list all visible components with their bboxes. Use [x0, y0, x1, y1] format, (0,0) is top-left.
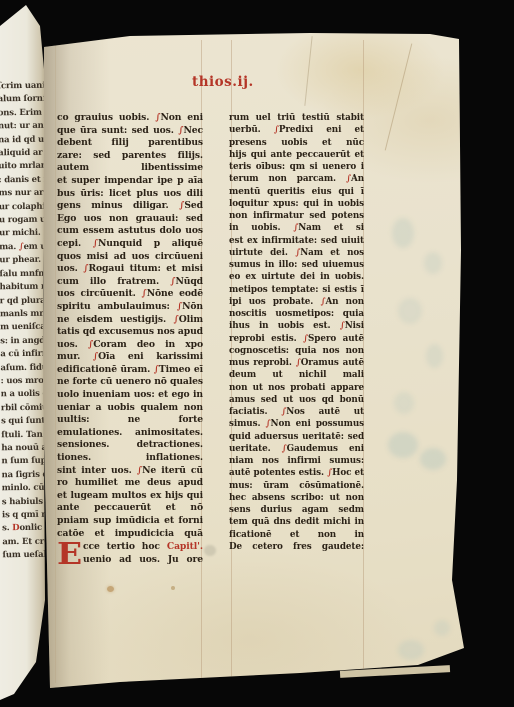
text-line: ipi uos probate. ∫An non cog: [229, 296, 364, 308]
text-line: et super impendar ipe p aīa: [57, 175, 203, 188]
text-line: cepi. ∫Nunquid p aliquē eorū: [57, 238, 203, 251]
text-line: uito mrlanis: [0, 160, 49, 174]
facing-page-text: ſcrim uanisalum ſornisons. Erim unut: ur…: [0, 80, 49, 563]
text-line: ueritate. ∫Gaudemus eni quo: [229, 443, 364, 455]
text-line: non infirmatur sed potens est: [229, 210, 364, 222]
text-line: uolo inueniam uos: et ego in: [57, 389, 203, 402]
text-line: mus: ūram cōsūmationē. ∫Ideo: [229, 480, 364, 492]
text-line: n a uolis du: [1, 388, 49, 402]
text-line: mur. ∫Oīa eni karissimi ppter: [57, 351, 203, 364]
left-text-column: co grauius uobis. ∫Non eni qaque ūra sun…: [57, 112, 203, 567]
text-line: gens minus diligar. ∫Sed esto.: [57, 200, 203, 213]
show-through-decoration: [434, 620, 450, 636]
text-line: alum ſornis: [0, 93, 49, 107]
text-line: ur phear. lib: [0, 254, 49, 268]
text-line: terum non parcam. ∫An expi: [229, 173, 364, 185]
show-through-decoration: [424, 252, 442, 274]
text-line: ms nur argd: [0, 187, 49, 201]
text-line: uos circūuenit. ∫Nōne eodē: [57, 288, 203, 301]
chapter-opening-lines: cce tertio hoc Capitl'. xiijuenio ad uos…: [83, 541, 203, 567]
text-line: cognoscetis: quia nos non su: [229, 345, 364, 357]
text-line: ons. Erim u: [0, 106, 49, 120]
text-line: spiritu ambulauimus: ∫Nōn: [57, 301, 203, 314]
text-line: amus sed ut uos qd bonū est: [229, 394, 364, 406]
text-line: ihus in uobis est. ∫Nisi forte: [229, 320, 364, 332]
stain-spot: [107, 586, 114, 592]
text-line: s habiuls p: [2, 495, 49, 509]
text-line: uirtute dei. ∫Nam et nos infirmi: [229, 247, 364, 259]
text-line: ne eisdem uestigijs. ∫Olim pu: [57, 314, 203, 327]
text-line: presens uobis et nūc absens: [229, 137, 364, 149]
text-line: reprobi estis. ∫Spero autē qd: [229, 333, 364, 345]
text-line: uultis: ne forte contentiones.: [57, 414, 203, 427]
text-line: simus. ∫Non eni possumus ali: [229, 418, 364, 430]
text-line: Ego uos non grauaui: sed: [57, 213, 203, 226]
photo-background: ſcrim uanisalum ſornisons. Erim unut: ur…: [0, 0, 514, 707]
text-line: loquitur xpus: qui in uobis: [229, 198, 364, 210]
text-line: s: in angdia: [0, 334, 48, 348]
text-line: hec absens scribo: ut non pre: [229, 492, 364, 504]
text-line: mus reprobi. ∫Oramus autē: [229, 357, 364, 369]
text-line: u rogam ur f: [0, 214, 49, 228]
text-line: sens durius agam sedm potesta: [229, 504, 364, 516]
text-line: quid aduersus ueritatē: sed p: [229, 431, 364, 443]
text-line: uos. ∫Rogaui titum: et misi: [57, 263, 203, 276]
text-line: que ūra sunt: sed uos. ∫Nec eni: [57, 125, 203, 138]
facing-page-edge: ſcrim uanisalum ſornisons. Erim unut: ur…: [0, 0, 48, 707]
text-line: is q qmī nu: [2, 509, 49, 523]
text-line: na ſigris qu: [2, 468, 49, 482]
text-line: cce tertio hoc Capitl'. xiij: [83, 541, 203, 554]
text-line: teris oībus: qm si uenero i: [229, 161, 364, 173]
text-line: ro humiliet me deus apud uos:: [57, 477, 203, 490]
show-through-decoration: [388, 432, 418, 458]
text-line: ueniar a uobis qualem non: [57, 402, 203, 415]
text-line: mentū queritis eius qui ī me: [229, 186, 364, 198]
text-line: na id qd ur: [0, 133, 49, 147]
show-through-decoration: [420, 448, 446, 470]
text-line: emulationes. animositates. dis: [57, 427, 203, 440]
text-line: nut: ur ani: [0, 120, 49, 134]
show-through-decoration: [398, 298, 422, 324]
text-line: uos. ∫Coram deo in xpo loqui: [57, 339, 203, 352]
text-line: a cū infirme: [0, 348, 48, 362]
text-line: cum essem astutus dolo uos: [57, 225, 203, 238]
text-line: sensiones. detractiones. susurra: [57, 439, 203, 452]
text-line: rum uel triū testiū stabit oīe: [229, 112, 364, 124]
text-line: ſalu mnfmi: [0, 267, 49, 281]
text-line: uenio ad uos. Ju ore duo: [83, 554, 203, 567]
text-line: s qui ſunt ſu: [1, 415, 49, 429]
stain-spot: [171, 586, 175, 590]
text-line: tatis qd excusemus nos apud: [57, 326, 203, 339]
text-line: tem quā dns dedit michi in edi: [229, 516, 364, 528]
text-line: autē potentes estis. ∫Hoc et ora: [229, 467, 364, 479]
text-line: co grauius uobis. ∫Non eni qa: [57, 112, 203, 125]
right-text-column: rum uel triū testiū stabit oīeuerbū. ∫Pr…: [229, 112, 364, 553]
text-line: m ueniſcari: [0, 321, 49, 335]
text-line: aliquid ar e: [0, 147, 49, 161]
text-line: n ſum ſuper: [1, 455, 48, 469]
show-through-decoration: [394, 392, 414, 414]
chapter-opening: Ecce tertio hoc Capitl'. xiijuenio ad uo…: [57, 541, 203, 567]
text-line: zare: sed parentes filijs. ∫Ego: [57, 150, 203, 163]
text-line: ante peccauerūt et nō egerunt: [57, 502, 203, 515]
text-line: hijs qui ante peccauerūt et ce: [229, 149, 364, 161]
text-line: ſtuli. Tan li: [1, 428, 48, 442]
text-line: am. Et crd: [2, 535, 48, 549]
text-line: rbil cōmiu: [1, 401, 49, 415]
text-line: noscitis uosmetipos: quia xps: [229, 308, 364, 320]
text-line: bus ūris: licet plus uos dili: [57, 188, 203, 201]
text-line: manls mns:: [0, 308, 49, 322]
text-line: aſum. fidu: [0, 361, 48, 375]
text-line: tiones. inflationes. seditiones.: [57, 452, 203, 465]
show-through-decoration: [398, 640, 424, 660]
text-line: cum illo fratrem. ∫Nūqd titus: [57, 276, 203, 289]
text-line: ha nouū apl: [1, 442, 48, 456]
text-line: ur michi. S: [0, 227, 49, 241]
text-line: habitum mr: [0, 281, 49, 295]
text-line: in uobis. ∫Nam et si crucifixus: [229, 222, 364, 234]
text-line: eo ex uirtute dei in uobis. ∫Uos: [229, 271, 364, 283]
illuminated-initial: E: [57, 542, 83, 566]
text-line: De cetero fres gaudete: perfecti: [229, 541, 364, 553]
text-line: edificationē ūram. ∫Timeo eī: [57, 364, 203, 377]
text-line: s. Donlic un: [2, 522, 48, 536]
text-line: et lugeam multos ex hijs qui: [57, 490, 203, 503]
text-line: non ut nos probati appare: [229, 382, 364, 394]
text-line: ſum ueſalu: [2, 549, 48, 563]
text-line: niam nos infirmi sumus: uos: [229, 455, 364, 467]
parchment-crease: [385, 44, 413, 151]
text-line: autem libentissime impendam: [57, 162, 203, 175]
show-through-decoration: [392, 218, 414, 248]
text-line: ſcrim uanis: [0, 80, 49, 94]
text-line: r qd plura m: [0, 294, 49, 308]
text-line: minlo. cū d: [2, 482, 49, 496]
text-line: : uos mrogd: [1, 375, 49, 389]
text-line: ne forte cū uenero nō quales: [57, 376, 203, 389]
text-line: ficationē et non in destructionē.: [229, 529, 364, 541]
parchment-crease: [304, 36, 312, 106]
text-line: est ex infirmitate: sed uiuit ex: [229, 235, 364, 247]
text-line: debent filij parentibus thesauri: [57, 137, 203, 150]
text-line: deum ut nichil mali faciatis.: [229, 369, 364, 381]
text-line: : danis et m: [0, 173, 49, 187]
text-line: sint inter uos. ∫Ne iterū cū uene: [57, 465, 203, 478]
text-line: pniam sup imūdicia et forni: [57, 515, 203, 528]
text-line: ur colaphiz: [0, 200, 49, 214]
text-line: quos misi ad uos circūueni: [57, 251, 203, 264]
text-line: ma. ∫em ur: [0, 240, 49, 254]
show-through-decoration: [426, 344, 443, 368]
running-header: thios.ij.: [192, 74, 254, 90]
text-line: faciatis. ∫Nos autē ut reprobi: [229, 406, 364, 418]
stain-spot: [204, 545, 216, 556]
text-line: uerbū. ∫Predixi eni et predico ut: [229, 124, 364, 136]
column-ruling-line: [55, 40, 56, 683]
text-line: sumus in illo: sed uiuemus cū: [229, 259, 364, 271]
text-line: metipos temptate: si estis ī fide: [229, 284, 364, 296]
